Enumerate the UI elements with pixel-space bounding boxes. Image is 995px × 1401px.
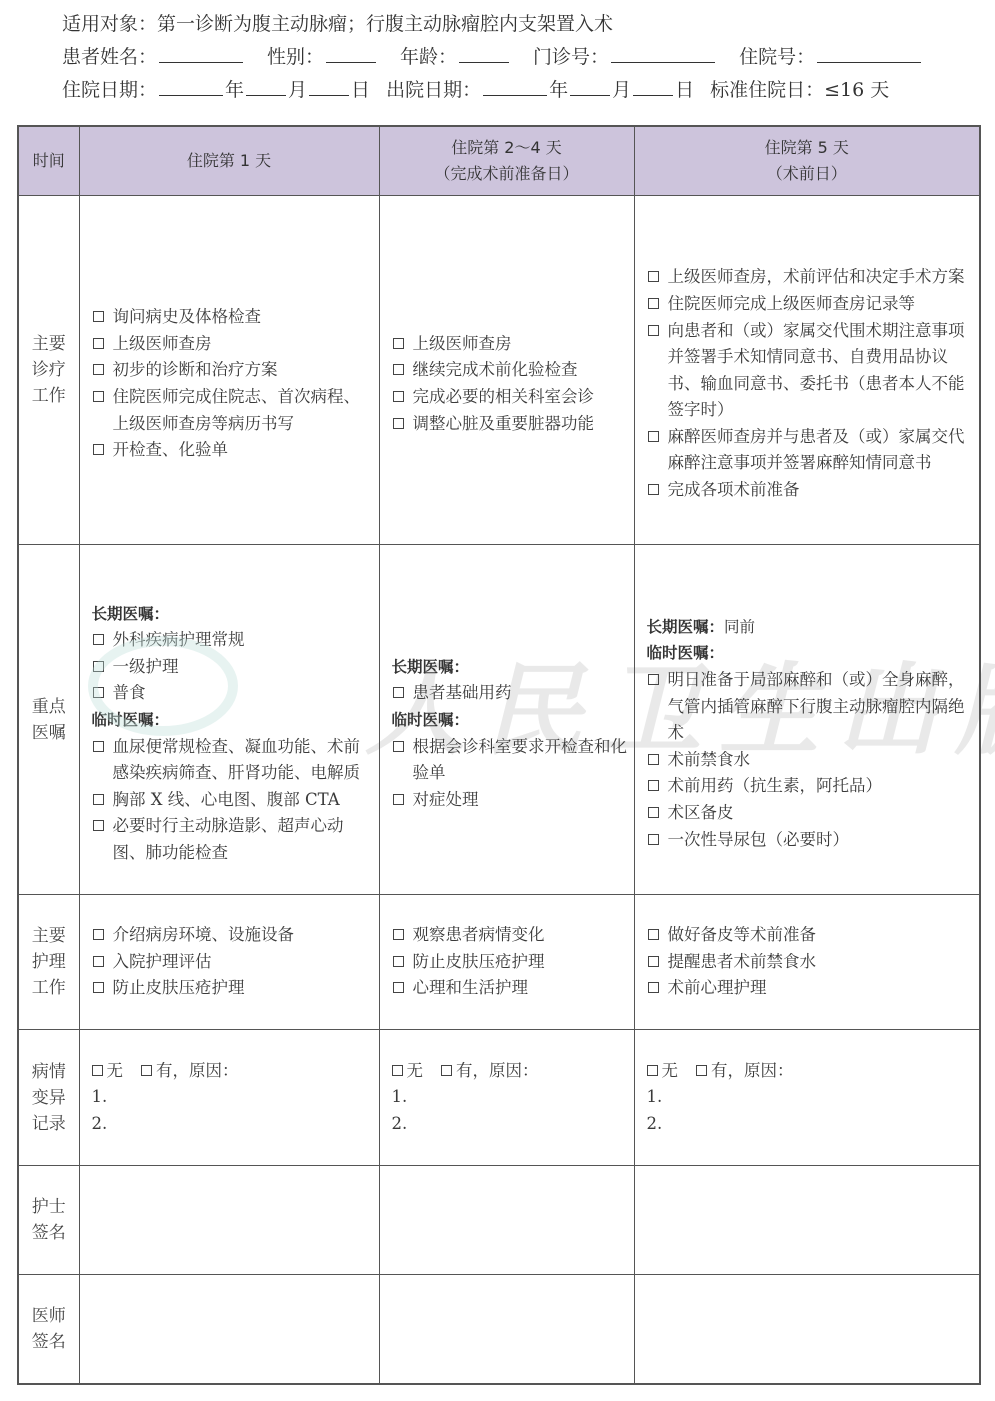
label-line: 病情 — [19, 1059, 79, 1085]
item-text: 上级医师查房，术前评估和决定手术方案 — [668, 264, 974, 291]
checkbox-icon[interactable] — [93, 391, 104, 402]
checkbox-icon[interactable] — [392, 1065, 403, 1076]
inpatient-no-field[interactable] — [817, 42, 921, 63]
checklist-item[interactable]: 明日准备于局部麻醉和（或）全身麻醉，气管内插管麻醉下行腹主动脉瘤腔内隔绝术 — [647, 667, 974, 747]
temporary-orders-heading: 临时医嘱： — [392, 707, 628, 734]
item-text: 明日准备于局部麻醉和（或）全身麻醉，气管内插管麻醉下行腹主动脉瘤腔内隔绝术 — [668, 667, 974, 747]
row-nursing: 主要 护理 工作 介绍病房环境、设施设备 入院护理评估 防止皮肤压疮护理 观察患… — [18, 895, 980, 1030]
label-line: 签名 — [19, 1220, 79, 1246]
checkbox-icon[interactable] — [93, 820, 104, 831]
header-info: 适用对象：第一诊断为腹主动脉瘤；行腹主动脉瘤腔内支架置入术 患者姓名： 性别： … — [62, 8, 923, 107]
admit-day-field[interactable] — [309, 75, 349, 96]
checkbox-icon[interactable] — [93, 444, 104, 455]
row-main-work: 主要 诊疗 工作 询问病史及体格检查 上级医师查房 初步的诊断和治疗方案 住院医… — [18, 196, 980, 545]
applicable-target: 适用对象：第一诊断为腹主动脉瘤；行腹主动脉瘤腔内支架置入术 — [62, 8, 923, 41]
checklist-item[interactable]: 住院医师完成上级医师查房记录等 — [647, 291, 974, 318]
variation-day1: 无 有，原因： 1. 2. — [79, 1030, 379, 1166]
variation-none-option[interactable]: 无 — [647, 1058, 679, 1085]
checklist-item[interactable]: 术前禁食水 — [647, 747, 974, 774]
temporary-orders-heading: 临时医嘱： — [92, 707, 373, 734]
checkbox-icon[interactable] — [648, 929, 659, 940]
checkbox-icon[interactable] — [393, 338, 404, 349]
variation-none-option[interactable]: 无 — [392, 1058, 424, 1085]
gender-label: 性别： — [267, 41, 324, 74]
reason-line-1[interactable]: 1. — [392, 1084, 628, 1111]
admit-month-field[interactable] — [246, 75, 286, 96]
col-subtitle: （术前日） — [635, 161, 980, 187]
checklist-item[interactable]: 防止皮肤压疮护理 — [392, 949, 628, 976]
day-label: 日 — [675, 74, 694, 107]
gender-field[interactable] — [326, 42, 376, 63]
checkbox-icon[interactable] — [648, 431, 659, 442]
checklist-item[interactable]: 心理和生活护理 — [392, 975, 628, 1002]
checklist-item[interactable]: 提醒患者术前禁食水 — [647, 949, 974, 976]
long-term-orders-heading: 长期医嘱： — [392, 654, 628, 681]
checklist-item[interactable]: 完成必要的相关科室会诊 — [392, 384, 628, 411]
row-doctor-signature: 医师 签名 — [18, 1275, 980, 1384]
item-text: 完成各项术前准备 — [668, 477, 974, 504]
doctor-signature-day1[interactable] — [79, 1275, 379, 1384]
doctor-signature-day2-4[interactable] — [379, 1275, 634, 1384]
checkbox-icon[interactable] — [648, 674, 659, 685]
row-label-key-orders: 重点 医嘱 — [18, 545, 79, 895]
checkbox-icon[interactable] — [648, 754, 659, 765]
item-text: 上级医师查房 — [413, 331, 628, 358]
item-text: 住院医师完成住院志、首次病程、上级医师查房等病历书写 — [113, 384, 373, 437]
checkbox-icon[interactable] — [93, 982, 104, 993]
checklist-item[interactable]: 对症处理 — [392, 787, 628, 814]
item-text: 询问病史及体格检查 — [113, 304, 373, 331]
month-label: 月 — [612, 74, 631, 107]
variation-day5: 无 有，原因： 1. 2. — [634, 1030, 980, 1166]
col-title: 住院第 5 天 — [635, 135, 980, 161]
checklist-item[interactable]: 向患者和（或）家属交代围术期注意事项并签署手术知情同意书、自费用品协议书、输血同… — [647, 318, 974, 424]
same-as-before: 同前 — [724, 618, 755, 636]
checklist-item[interactable]: 继续完成术前化验检查 — [392, 357, 628, 384]
checklist-item[interactable]: 上级医师查房 — [392, 331, 628, 358]
age-field[interactable] — [459, 42, 509, 63]
discharge-day-field[interactable] — [633, 75, 673, 96]
label-line: 重点 — [19, 694, 79, 720]
applicable-text: 适用对象：第一诊断为腹主动脉瘤；行腹主动脉瘤腔内支架置入术 — [62, 8, 613, 41]
checklist-item[interactable]: 初步的诊断和治疗方案 — [92, 357, 373, 384]
checkbox-icon[interactable] — [648, 298, 659, 309]
checklist-item[interactable]: 胸部 X 线、心电图、腹部 CTA — [92, 787, 373, 814]
label-line: 护理 — [19, 949, 79, 975]
checklist-item[interactable]: 住院医师完成住院志、首次病程、上级医师查房等病历书写 — [92, 384, 373, 437]
main-work-day2-4: 上级医师查房 继续完成术前化验检查 完成必要的相关科室会诊 调整心脏及重要脏器功… — [379, 196, 634, 545]
nurse-signature-day1[interactable] — [79, 1166, 379, 1275]
row-nurse-signature: 护士 签名 — [18, 1166, 980, 1275]
item-text: 术前用药（抗生素，阿托品） — [668, 773, 974, 800]
item-text: 患者基础用药 — [413, 680, 628, 707]
col-title: 住院第 1 天 — [80, 148, 379, 174]
row-label-nurse-signature: 护士 签名 — [18, 1166, 79, 1275]
option-label: 无 — [107, 1058, 124, 1085]
long-term-orders-heading: 长期医嘱：同前 — [647, 614, 974, 641]
variation-none-option[interactable]: 无 — [92, 1058, 124, 1085]
row-variation: 病情 变异 记录 无 有，原因： 1. 2. 无 有，原因： 1. 2. — [18, 1030, 980, 1166]
checklist-item[interactable]: 必要时行主动脉造影、超声心动图、肺功能检查 — [92, 813, 373, 866]
col-title: 住院第 2～4 天 — [380, 135, 634, 161]
row-label-doctor-signature: 医师 签名 — [18, 1275, 79, 1384]
item-text: 向患者和（或）家属交代围术期注意事项并签署手术知情同意书、自费用品协议书、输血同… — [668, 318, 974, 424]
checkbox-icon[interactable] — [393, 391, 404, 402]
header-row: 时间 住院第 1 天 住院第 2～4 天 （完成术前准备日） 住院第 5 天 （… — [18, 126, 980, 196]
outpatient-no-field[interactable] — [611, 42, 715, 63]
admit-year-field[interactable] — [159, 75, 223, 96]
item-text: 做好备皮等术前准备 — [668, 922, 974, 949]
checkbox-icon[interactable] — [441, 1065, 452, 1076]
checklist-item[interactable]: 调整心脏及重要脏器功能 — [392, 411, 628, 438]
checklist-item[interactable]: 做好备皮等术前准备 — [647, 922, 974, 949]
checkbox-icon[interactable] — [696, 1065, 707, 1076]
item-text: 术前心理护理 — [668, 975, 974, 1002]
checkbox-icon[interactable] — [393, 418, 404, 429]
checklist-item[interactable]: 一级护理 — [92, 654, 373, 681]
checklist-item[interactable]: 外科疾病护理常规 — [92, 627, 373, 654]
standard-stay: 标准住院日：≤16 天 — [710, 74, 889, 107]
item-text: 防止皮肤压疮护理 — [413, 949, 628, 976]
month-label: 月 — [288, 74, 307, 107]
checkbox-icon[interactable] — [93, 661, 104, 672]
checkbox-icon[interactable] — [93, 794, 104, 805]
checkbox-icon[interactable] — [648, 325, 659, 336]
age-label: 年龄： — [400, 41, 457, 74]
col-subtitle: （完成术前准备日） — [380, 161, 634, 187]
label-line: 主要 — [19, 331, 79, 357]
heading-text: 长期医嘱： — [647, 618, 725, 636]
nurse-signature-day5[interactable] — [634, 1166, 980, 1275]
label-line: 工作 — [19, 383, 79, 409]
col-header-day2-4: 住院第 2～4 天 （完成术前准备日） — [379, 126, 634, 196]
nurse-signature-day2-4[interactable] — [379, 1166, 634, 1275]
patient-info-line: 患者姓名： 性别： 年龄： 门诊号： 住院号： — [62, 41, 923, 74]
checkbox-icon[interactable] — [93, 956, 104, 967]
checklist-item[interactable]: 一次性导尿包（必要时） — [647, 827, 974, 854]
item-text: 普食 — [113, 680, 373, 707]
checkbox-icon[interactable] — [648, 484, 659, 495]
col-title: 时间 — [19, 148, 79, 174]
discharge-date-label: 出院日期： — [386, 74, 481, 107]
item-text: 心理和生活护理 — [413, 975, 628, 1002]
item-text: 继续完成术前化验检查 — [413, 357, 628, 384]
label-line: 医师 — [19, 1303, 79, 1329]
option-label: 无 — [407, 1058, 424, 1085]
year-label: 年 — [225, 74, 244, 107]
item-text: 观察患者病情变化 — [413, 922, 628, 949]
checklist-item[interactable]: 上级医师查房，术前评估和决定手术方案 — [647, 264, 974, 291]
checkbox-icon[interactable] — [648, 956, 659, 967]
checkbox-icon[interactable] — [93, 311, 104, 322]
item-text: 根据会诊科室要求开检查和化验单 — [413, 734, 628, 787]
nursing-day1: 介绍病房环境、设施设备 入院护理评估 防止皮肤压疮护理 — [79, 895, 379, 1030]
doctor-signature-day5[interactable] — [634, 1275, 980, 1384]
item-text: 一次性导尿包（必要时） — [668, 827, 974, 854]
option-label: 无 — [662, 1058, 679, 1085]
dates-line: 住院日期： 年 月 日 出院日期： 年 月 日 标准住院日：≤16 天 — [62, 74, 923, 107]
option-label: 有，原因： — [711, 1058, 794, 1085]
checklist-item[interactable]: 开检查、化验单 — [92, 437, 373, 464]
col-header-day1: 住院第 1 天 — [79, 126, 379, 196]
item-text: 提醒患者术前禁食水 — [668, 949, 974, 976]
checkbox-icon[interactable] — [648, 271, 659, 282]
checklist-item[interactable]: 麻醉医师查房并与患者及（或）家属交代麻醉注意事项并签署麻醉知情同意书 — [647, 424, 974, 477]
item-text: 一级护理 — [113, 654, 373, 681]
checkbox-icon[interactable] — [93, 634, 104, 645]
checkbox-icon[interactable] — [393, 929, 404, 940]
checkbox-icon[interactable] — [393, 687, 404, 698]
outpatient-no-label: 门诊号： — [533, 41, 609, 74]
discharge-year-field[interactable] — [483, 75, 547, 96]
checkbox-icon[interactable] — [93, 929, 104, 940]
item-text: 麻醉医师查房并与患者及（或）家属交代麻醉注意事项并签署麻醉知情同意书 — [668, 424, 974, 477]
checkbox-icon[interactable] — [648, 834, 659, 845]
checkbox-icon[interactable] — [93, 364, 104, 375]
checkbox-icon[interactable] — [393, 364, 404, 375]
item-text: 术前禁食水 — [668, 747, 974, 774]
checkbox-icon[interactable] — [393, 982, 404, 993]
label-line: 工作 — [19, 975, 79, 1001]
label-line: 护士 — [19, 1194, 79, 1220]
checkbox-icon[interactable] — [648, 982, 659, 993]
checklist-item[interactable]: 术前心理护理 — [647, 975, 974, 1002]
item-text: 对症处理 — [413, 787, 628, 814]
patient-name-label: 患者姓名： — [62, 41, 157, 74]
nursing-day5: 做好备皮等术前准备 提醒患者术前禁食水 术前心理护理 — [634, 895, 980, 1030]
checkbox-icon[interactable] — [93, 741, 104, 752]
label-line: 主要 — [19, 923, 79, 949]
main-work-day1: 询问病史及体格检查 上级医师查房 初步的诊断和治疗方案 住院医师完成住院志、首次… — [79, 196, 379, 545]
discharge-month-field[interactable] — [570, 75, 610, 96]
checklist-item[interactable]: 术前用药（抗生素，阿托品） — [647, 773, 974, 800]
day-label: 日 — [351, 74, 370, 107]
checklist-item[interactable]: 上级医师查房 — [92, 331, 373, 358]
long-term-orders-heading: 长期医嘱： — [92, 601, 373, 628]
checklist-item[interactable]: 介绍病房环境、设施设备 — [92, 922, 373, 949]
checkbox-icon[interactable] — [92, 1065, 103, 1076]
row-label-variation: 病情 变异 记录 — [18, 1030, 79, 1166]
item-text: 血尿便常规检查、凝血功能、术前感染疾病筛查、肝肾功能、电解质 — [113, 734, 373, 787]
reason-line-1[interactable]: 1. — [92, 1084, 373, 1111]
item-text: 开检查、化验单 — [113, 437, 373, 464]
key-orders-day1: 长期医嘱： 外科疾病护理常规 一级护理 普食 临时医嘱： 血尿便常规检查、凝血功… — [79, 545, 379, 895]
checklist-item[interactable]: 询问病史及体格检查 — [92, 304, 373, 331]
item-text: 介绍病房环境、设施设备 — [113, 922, 373, 949]
checklist-item[interactable]: 血尿便常规检查、凝血功能、术前感染疾病筛查、肝肾功能、电解质 — [92, 734, 373, 787]
reason-line-2[interactable]: 2. — [647, 1111, 974, 1138]
label-line: 医嘱 — [19, 720, 79, 746]
checkbox-icon[interactable] — [393, 956, 404, 967]
option-label: 有，原因： — [156, 1058, 239, 1085]
variation-options: 无 有，原因： — [647, 1058, 974, 1085]
key-orders-day5: 长期医嘱：同前 临时医嘱： 明日准备于局部麻醉和（或）全身麻醉，气管内插管麻醉下… — [634, 545, 980, 895]
checklist-item[interactable]: 防止皮肤压疮护理 — [92, 975, 373, 1002]
variation-yes-option[interactable]: 有，原因： — [696, 1058, 794, 1085]
label-line: 诊疗 — [19, 357, 79, 383]
item-text: 完成必要的相关科室会诊 — [413, 384, 628, 411]
col-header-day5: 住院第 5 天 （术前日） — [634, 126, 980, 196]
year-label: 年 — [549, 74, 568, 107]
item-text: 术区备皮 — [668, 800, 974, 827]
checkbox-icon[interactable] — [648, 807, 659, 818]
item-text: 入院护理评估 — [113, 949, 373, 976]
clinical-pathway-table: 时间 住院第 1 天 住院第 2～4 天 （完成术前准备日） 住院第 5 天 （… — [17, 125, 981, 1385]
checkbox-icon[interactable] — [93, 687, 104, 698]
main-work-day5: 上级医师查房，术前评估和决定手术方案 住院医师完成上级医师查房记录等 向患者和（… — [634, 196, 980, 545]
checkbox-icon[interactable] — [393, 794, 404, 805]
variation-options: 无 有，原因： — [392, 1058, 628, 1085]
key-orders-day2-4: 长期医嘱： 患者基础用药 临时医嘱： 根据会诊科室要求开检查和化验单 对症处理 — [379, 545, 634, 895]
checklist-item[interactable]: 入院护理评估 — [92, 949, 373, 976]
checkbox-icon[interactable] — [648, 780, 659, 791]
checklist-item[interactable]: 患者基础用药 — [392, 680, 628, 707]
row-key-orders: 重点 医嘱 长期医嘱： 外科疾病护理常规 一级护理 普食 临时医嘱： 血尿便常规… — [18, 545, 980, 895]
item-text: 必要时行主动脉造影、超声心动图、肺功能检查 — [113, 813, 373, 866]
option-label: 有，原因： — [456, 1058, 539, 1085]
checklist-item[interactable]: 观察患者病情变化 — [392, 922, 628, 949]
reason-line-2[interactable]: 2. — [92, 1111, 373, 1138]
patient-name-field[interactable] — [159, 42, 243, 63]
inpatient-no-label: 住院号： — [739, 41, 815, 74]
col-header-time: 时间 — [18, 126, 79, 196]
checkbox-icon[interactable] — [141, 1065, 152, 1076]
item-text: 胸部 X 线、心电图、腹部 CTA — [113, 787, 373, 814]
variation-options: 无 有，原因： — [92, 1058, 373, 1085]
variation-yes-option[interactable]: 有，原因： — [141, 1058, 239, 1085]
admit-date-label: 住院日期： — [62, 74, 157, 107]
item-text: 防止皮肤压疮护理 — [113, 975, 373, 1002]
item-text: 上级医师查房 — [113, 331, 373, 358]
checklist-item[interactable]: 根据会诊科室要求开检查和化验单 — [392, 734, 628, 787]
item-text: 外科疾病护理常规 — [113, 627, 373, 654]
checkbox-icon[interactable] — [93, 338, 104, 349]
reason-line-1[interactable]: 1. — [647, 1084, 974, 1111]
temporary-orders-heading: 临时医嘱： — [647, 640, 974, 667]
checklist-item[interactable]: 术区备皮 — [647, 800, 974, 827]
nursing-day2-4: 观察患者病情变化 防止皮肤压疮护理 心理和生活护理 — [379, 895, 634, 1030]
checkbox-icon[interactable] — [647, 1065, 658, 1076]
label-line: 变异 — [19, 1085, 79, 1111]
checklist-item[interactable]: 完成各项术前准备 — [647, 477, 974, 504]
reason-line-2[interactable]: 2. — [392, 1111, 628, 1138]
variation-yes-option[interactable]: 有，原因： — [441, 1058, 539, 1085]
checkbox-icon[interactable] — [393, 741, 404, 752]
row-label-nursing: 主要 护理 工作 — [18, 895, 79, 1030]
label-line: 记录 — [19, 1111, 79, 1137]
checklist-item[interactable]: 普食 — [92, 680, 373, 707]
row-label-main-work: 主要 诊疗 工作 — [18, 196, 79, 545]
variation-day2-4: 无 有，原因： 1. 2. — [379, 1030, 634, 1166]
item-text: 调整心脏及重要脏器功能 — [413, 411, 628, 438]
label-line: 签名 — [19, 1329, 79, 1355]
item-text: 住院医师完成上级医师查房记录等 — [668, 291, 974, 318]
item-text: 初步的诊断和治疗方案 — [113, 357, 373, 384]
